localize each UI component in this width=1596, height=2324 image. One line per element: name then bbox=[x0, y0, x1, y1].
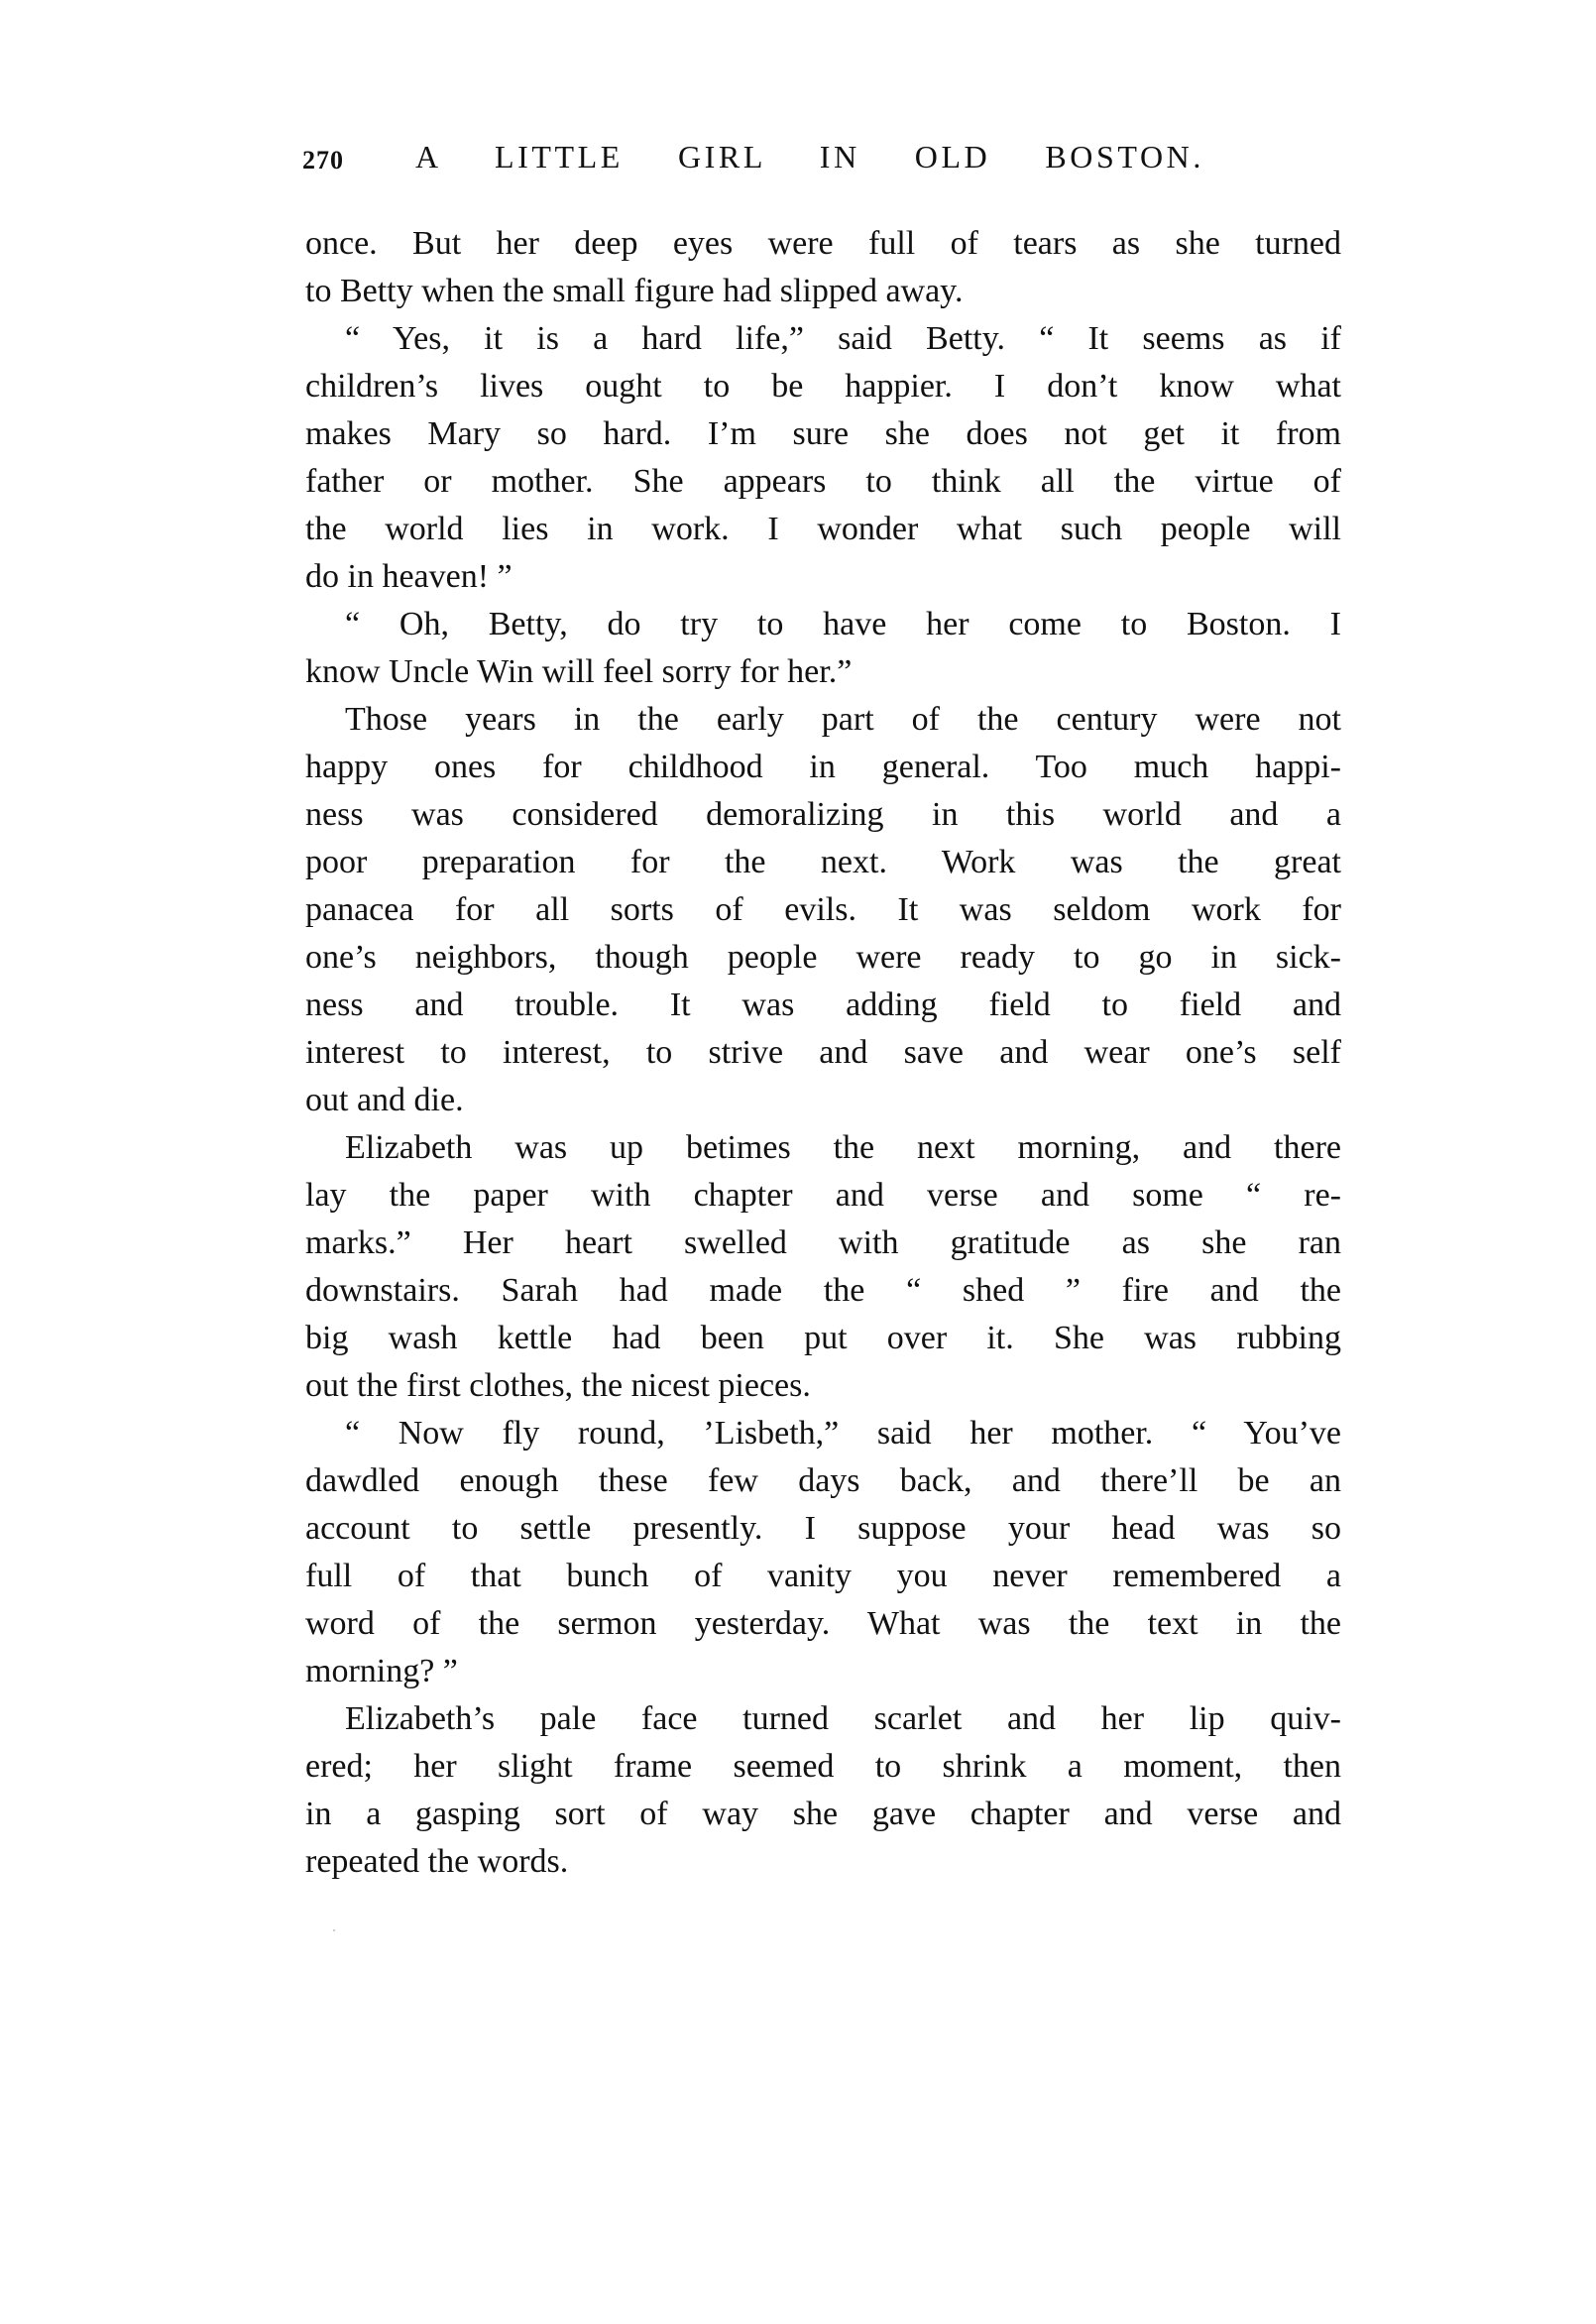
text-line: ness and trouble. It was adding field to… bbox=[305, 982, 1341, 1029]
body-text: once. But her deep eyes were full of tea… bbox=[305, 220, 1341, 1886]
text-line: one’s neighbors, though people were read… bbox=[305, 934, 1341, 982]
text-line: full of that bunch of vanity you never r… bbox=[305, 1553, 1341, 1600]
text-line: “ Oh, Betty, do try to have her come to … bbox=[305, 601, 1341, 648]
text-line: marks.” Her heart swelled with gratitude… bbox=[305, 1220, 1341, 1267]
text-line: out the first clothes, the nicest pieces… bbox=[305, 1362, 1341, 1410]
text-line: word of the sermon yesterday. What was t… bbox=[305, 1600, 1341, 1648]
text-line: big wash kettle had been put over it. Sh… bbox=[305, 1315, 1341, 1362]
text-line: dawdled enough these few days back, and … bbox=[305, 1457, 1341, 1505]
text-line: once. But her deep eyes were full of tea… bbox=[305, 220, 1341, 268]
text-line: “ Now fly round, ’Lisbeth,” said her mot… bbox=[305, 1410, 1341, 1457]
text-line: to Betty when the small figure had slipp… bbox=[305, 268, 1341, 315]
text-line: Those years in the early part of the cen… bbox=[305, 696, 1341, 744]
page-number: 270 bbox=[302, 145, 344, 176]
text-line: ered; her slight frame seemed to shrink … bbox=[305, 1743, 1341, 1791]
text-line: repeated the words. bbox=[305, 1838, 1341, 1886]
text-line: ness was considered demoralizing in this… bbox=[305, 791, 1341, 839]
text-line: lay the paper with chapter and verse and… bbox=[305, 1172, 1341, 1220]
text-line: downstairs. Sarah had made the “ shed ” … bbox=[305, 1267, 1341, 1315]
text-line: the world lies in work. I wonder what su… bbox=[305, 506, 1341, 553]
text-line: children’s lives ought to be happier. I … bbox=[305, 363, 1341, 410]
text-line: makes Mary so hard. I’m sure she does no… bbox=[305, 410, 1341, 458]
running-head-title: A LITTLE GIRL IN OLD BOSTON. bbox=[415, 135, 1204, 178]
text-line: interest to interest, to strive and save… bbox=[305, 1029, 1341, 1077]
text-line: poor preparation for the next. Work was … bbox=[305, 839, 1341, 886]
text-line: Elizabeth’s pale face turned scarlet and… bbox=[305, 1695, 1341, 1743]
running-head: 270 A LITTLE GIRL IN OLD BOSTON. bbox=[302, 135, 1204, 182]
paper-speck bbox=[333, 1929, 335, 1931]
text-line: out and die. bbox=[305, 1077, 1341, 1124]
text-line: Elizabeth was up betimes the next mornin… bbox=[305, 1124, 1341, 1172]
text-line: panacea for all sorts of evils. It was s… bbox=[305, 886, 1341, 934]
text-line: in a gasping sort of way she gave chapte… bbox=[305, 1791, 1341, 1838]
text-line: account to settle presently. I suppose y… bbox=[305, 1505, 1341, 1553]
text-line: know Uncle Win will feel sorry for her.” bbox=[305, 648, 1341, 696]
text-line: do in heaven! ” bbox=[305, 553, 1341, 601]
book-page: 270 A LITTLE GIRL IN OLD BOSTON. once. B… bbox=[0, 0, 1596, 2324]
text-line: happy ones for childhood in general. Too… bbox=[305, 744, 1341, 791]
text-line: morning? ” bbox=[305, 1648, 1341, 1695]
text-line: father or mother. She appears to think a… bbox=[305, 458, 1341, 506]
text-line: “ Yes, it is a hard life,” said Betty. “… bbox=[305, 315, 1341, 363]
